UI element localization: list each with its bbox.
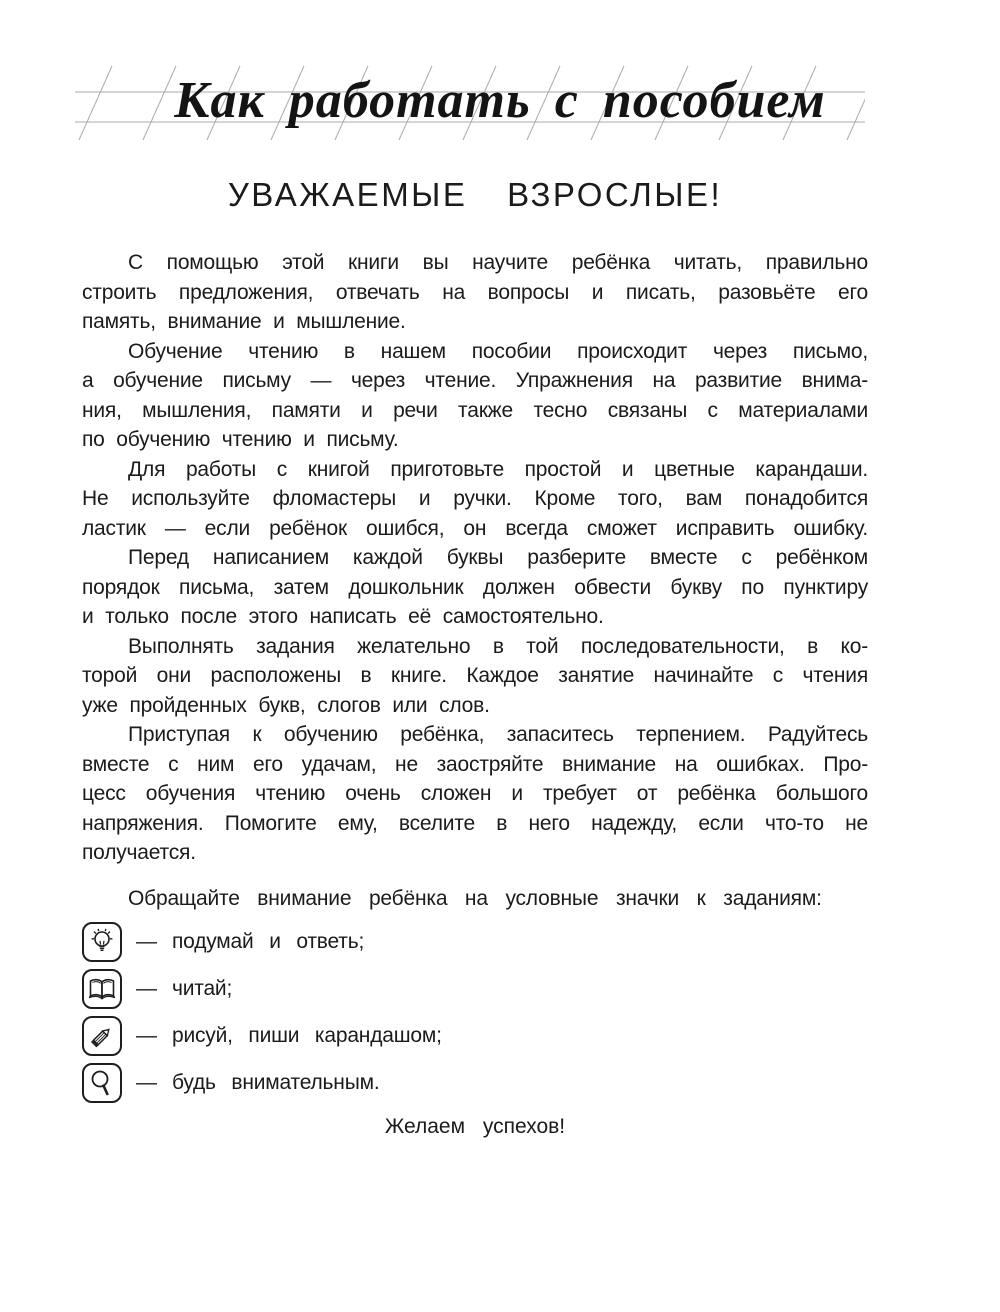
paragraph: Приступая к обучению ребёнка, запаситесь…	[82, 720, 868, 868]
body-text: С помощью этой книги вы научите ребёнка …	[82, 248, 868, 913]
open-book-icon	[82, 969, 122, 1009]
text-line: С помощью этой книги вы научите ребёнка …	[82, 248, 868, 278]
text-line: цесс обучения чтению очень сложен и треб…	[82, 779, 868, 809]
text-line: Перед написанием каждой буквы разберите …	[82, 543, 868, 573]
text-line: Приступая к обучению ребёнка, запаситесь…	[82, 720, 868, 750]
text-line: торой они расположены в книге. Каждое за…	[82, 661, 868, 691]
text-line: строить предложения, отвечать на вопросы…	[82, 278, 868, 308]
text-line: ния, мышления, памяти и речи также тесно…	[82, 396, 868, 426]
legend-label: будь внимательным.	[172, 1071, 379, 1095]
paragraph: Выполнять задания желательно в той после…	[82, 632, 868, 721]
text-line: Выполнять задания желательно в той после…	[82, 632, 868, 662]
legend-item-attention: — будь внимательным.	[82, 1063, 868, 1103]
paragraph: Перед написанием каждой буквы разберите …	[82, 543, 868, 632]
paragraph: С помощью этой книги вы научите ребёнка …	[82, 248, 868, 337]
legend-label: подумай и ответь;	[172, 930, 364, 954]
legend-label: рисуй, пиши карандашом;	[172, 1024, 442, 1048]
dash: —	[136, 977, 157, 1001]
text-line: Обучение чтению в нашем пособии происход…	[82, 337, 868, 367]
text-line: а обучение письму — через чтение. Упражн…	[82, 366, 868, 396]
dash: —	[136, 1071, 157, 1095]
text-line: Для работы с книгой приготовьте простой …	[82, 455, 868, 485]
legend-item-draw: — рисуй, пиши карандашом;	[82, 1016, 868, 1056]
dash: —	[136, 930, 157, 954]
page-heading: УВАЖАЕМЫЕ ВЗРОСЛЫЕ!	[82, 176, 868, 214]
text-line: память, внимание и мышление.	[82, 307, 868, 337]
lightbulb-icon	[82, 922, 122, 962]
legend-item-think: — подумай и ответь;	[82, 922, 868, 962]
book-page: Как работать с пособием УВАЖАЕМЫЕ ВЗРОСЛ…	[0, 0, 1000, 1312]
footer-wish: Желаем успехов!	[82, 1112, 868, 1142]
legend-list: — подумай и ответь; — читай;	[82, 922, 868, 1110]
legend-label: читай;	[172, 977, 232, 1001]
text-line: по обучению чтению и письму.	[82, 425, 868, 455]
legend-intro: Обращайте внимание ребёнка на условные з…	[82, 884, 868, 914]
magnifier-icon	[82, 1063, 122, 1103]
pencil-icon	[82, 1016, 122, 1056]
dash: —	[136, 1024, 157, 1048]
paragraph: Для работы с книгой приготовьте простой …	[82, 455, 868, 544]
header-title: Как работать с пособием	[0, 75, 1000, 127]
legend-item-read: — читай;	[82, 969, 868, 1009]
text-line: напряжения. Помогите ему, вселите в него…	[82, 809, 868, 839]
text-line: порядок письма, затем дошкольник должен …	[82, 573, 868, 603]
text-line: ластик — если ребёнок ошибся, он всегда …	[82, 514, 868, 544]
text-line: получается.	[82, 838, 868, 868]
text-line: уже пройденных букв, слогов или слов.	[82, 691, 868, 721]
text-line: Не используйте фломастеры и ручки. Кроме…	[82, 484, 868, 514]
paragraph: Обучение чтению в нашем пособии происход…	[82, 337, 868, 455]
text-line: и только после этого написать её самосто…	[82, 602, 868, 632]
text-line: вместе с ним его удачам, не заостряйте в…	[82, 750, 868, 780]
